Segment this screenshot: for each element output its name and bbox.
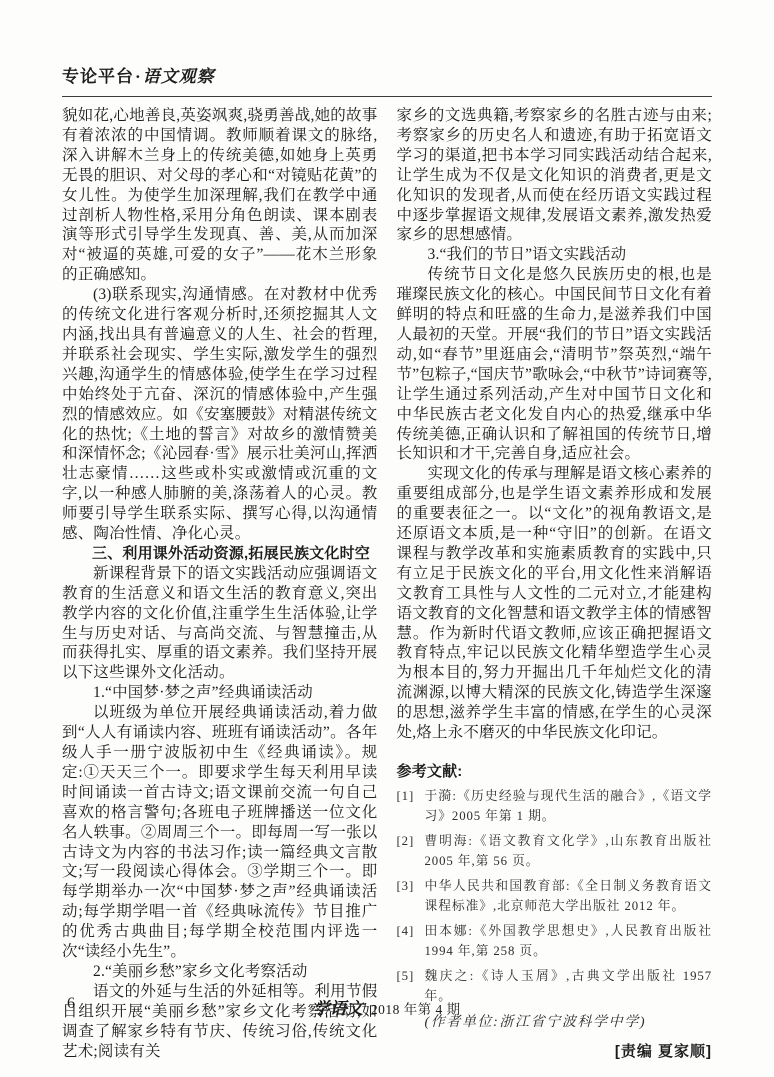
reference-text: 于漪:《历史经验与现代生活的融合》,《语文学习》2005 年第 1 期。	[425, 786, 713, 827]
reference-number: [4]	[397, 921, 425, 962]
reference-item: [3] 中华人民共和国教育部:《全日制义务教育语文课程标准》,北京师范大学出版社…	[397, 876, 713, 917]
header-column-title: 语文观察	[143, 67, 215, 87]
reference-item: [1] 于漪:《历史经验与现代生活的融合》,《语文学习》2005 年第 1 期。	[397, 786, 713, 827]
page-header: 专论平台·语文观察	[62, 62, 712, 97]
reference-text: 田本娜:《外国教学思想史》,人民教育出版社 1994 年,第 258 页。	[425, 921, 713, 962]
page-number: 6	[67, 995, 75, 1013]
journal-issue: 2018 年第 4 期	[371, 1002, 461, 1017]
reference-number: [1]	[397, 786, 425, 827]
reference-item: [4] 田本娜:《外国教学思想史》,人民教育出版社 1994 年,第 258 页…	[397, 921, 713, 962]
activity-subheading: 2.“美丽乡愁”家乡文化考察活动	[62, 962, 378, 982]
header-section-title: 专论平台	[62, 67, 134, 86]
reference-text: 曹明海:《语文教育文化学》,山东教育出版社 2005 年,第 56 页。	[425, 831, 713, 872]
section-heading: 三、利用课外活动资源,拓展民族文化时空	[62, 544, 378, 564]
header-separator: ·	[134, 67, 143, 86]
journal-imprint: 学语文 2018 年第 4 期	[313, 995, 460, 1019]
paragraph: 家乡的文选典籍,考察家乡的名胜古迹与由来;考察家乡的历史名人和遗迹,有助于拓宽语…	[397, 106, 713, 245]
references-heading: 参考文献:	[397, 762, 713, 782]
journal-page: 专论平台·语文观察 貌如花,心地善良,英姿飒爽,骁勇善战,她的故事有着浓浓的中国…	[0, 0, 774, 1077]
page-footer: 6 学语文 2018 年第 4 期	[62, 995, 712, 1021]
reference-item: [2] 曹明海:《语文教育文化学》,山东教育出版社 2005 年,第 56 页。	[397, 831, 713, 872]
activity-subheading: 1.“中国梦·梦之声”经典诵读活动	[62, 683, 378, 703]
right-column: 家乡的文选典籍,考察家乡的名胜古迹与由来;考察家乡的历史名人和遗迹,有助于拓宽语…	[397, 106, 713, 1062]
paragraph: 貌如花,心地善良,英姿飒爽,骁勇善战,她的故事有着浓浓的中国情调。教师顺着课文的…	[62, 106, 378, 285]
reference-text: 中华人民共和国教育部:《全日制义务教育语文课程标准》,北京师范大学出版社 201…	[425, 876, 713, 917]
paragraph: 实现文化的传承与理解是语文核心素养的重要组成部分,也是学生语文素养形成和发展的重…	[397, 464, 713, 743]
paragraph: (3)联系现实,沟通情感。在对教材中优秀的传统文化进行客观分析时,还须挖掘其人文…	[62, 285, 378, 544]
paragraph: 新课程背景下的语文实践活动应强调语文教育的生活意义和语文生活的教育意义,突出教学…	[62, 564, 378, 683]
left-column: 貌如花,心地善良,英姿飒爽,骁勇善战,她的故事有着浓浓的中国情调。教师顺着课文的…	[62, 106, 378, 1062]
paragraph: 传统节日文化是悠久民族历史的根,也是璀璨民族文化的核心。中国民间节日文化有着鲜明…	[397, 265, 713, 464]
reference-number: [3]	[397, 876, 425, 917]
two-column-body: 貌如花,心地善良,英姿飒爽,骁勇善战,她的故事有着浓浓的中国情调。教师顺着课文的…	[62, 106, 712, 1062]
journal-name: 学语文	[313, 999, 367, 1018]
editor-credit: [责编 夏家顺]	[397, 1042, 713, 1062]
reference-number: [2]	[397, 831, 425, 872]
paragraph: 以班级为单位开展经典诵读活动,着力做到“人人有诵读内容、班班有诵读活动”。各年级…	[62, 703, 378, 962]
paragraph: 语文的外延与生活的外延相等。利用节假日组织开展“美丽乡愁”家乡文化考察活动,如调…	[62, 982, 378, 1062]
activity-subheading: 3.“我们的节日”语文实践活动	[397, 245, 713, 265]
